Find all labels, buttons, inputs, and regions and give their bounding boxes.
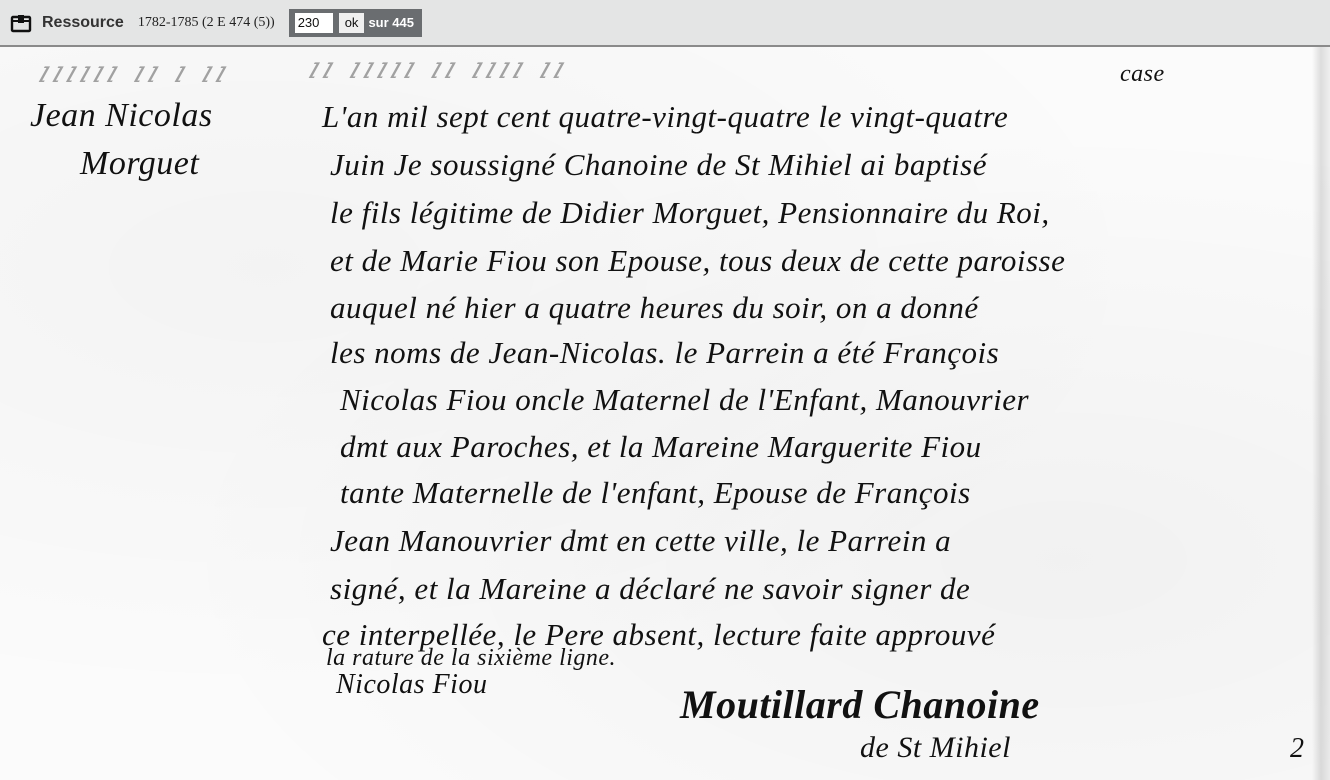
bleed-through-text: ıııııı ıı ı ıı [34, 55, 237, 90]
document-image-viewer[interactable]: ıııııı ıı ı ıı ıı ııııı ıı ıııı ıı case … [0, 47, 1330, 780]
record-line: la rature de la sixième ligne. [326, 645, 616, 672]
page-number-input[interactable] [295, 13, 333, 33]
record-line: L'an mil sept cent quatre-vingt-quatre l… [322, 99, 1008, 135]
record-line: tante Maternelle de l'enfant, Epouse de … [340, 475, 971, 511]
bleed-through-text: ıı ııııı ıı ıııı ıı [304, 51, 575, 86]
resource-title: 1782-1785 (2 E 474 (5)) [138, 15, 275, 31]
record-line: signé, et la Mareine a déclaré ne savoir… [330, 571, 970, 607]
record-line: Juin Je soussigné Chanoine de St Mihiel … [330, 147, 987, 183]
page-total: sur 445 [368, 15, 414, 30]
ok-button[interactable]: ok [339, 13, 365, 33]
resource-header: Ressource 1782-1785 (2 E 474 (5)) ok sur… [0, 0, 1330, 47]
record-line: dmt aux Paroches, et la Mareine Margueri… [340, 429, 982, 465]
record-line: Nicolas Fiou oncle Maternel de l'Enfant,… [340, 382, 1029, 418]
signature-priest: Moutillard Chanoine [680, 681, 1040, 728]
margin-note-line: Morguet [80, 145, 199, 183]
top-insert-text: case [1120, 61, 1165, 88]
signature-godfather: Nicolas Fiou [336, 669, 487, 701]
page-navigator: ok sur 445 [289, 9, 422, 37]
record-line: le fils légitime de Didier Morguet, Pens… [330, 195, 1050, 231]
margin-note-line: Jean Nicolas [30, 97, 213, 135]
resource-label: Ressource [42, 14, 124, 32]
record-line: et de Marie Fiou son Epouse, tous deux d… [330, 243, 1065, 279]
record-line: les noms de Jean-Nicolas. le Parrein a é… [330, 335, 999, 371]
page-edge-shadow [1312, 47, 1330, 780]
box-icon [10, 12, 32, 34]
corner-mark: 2 [1290, 733, 1305, 765]
signature-priest-place: de St Mihiel [860, 731, 1011, 765]
record-line: Jean Manouvrier dmt en cette ville, le P… [330, 523, 951, 559]
record-line: auquel né hier a quatre heures du soir, … [330, 290, 979, 326]
